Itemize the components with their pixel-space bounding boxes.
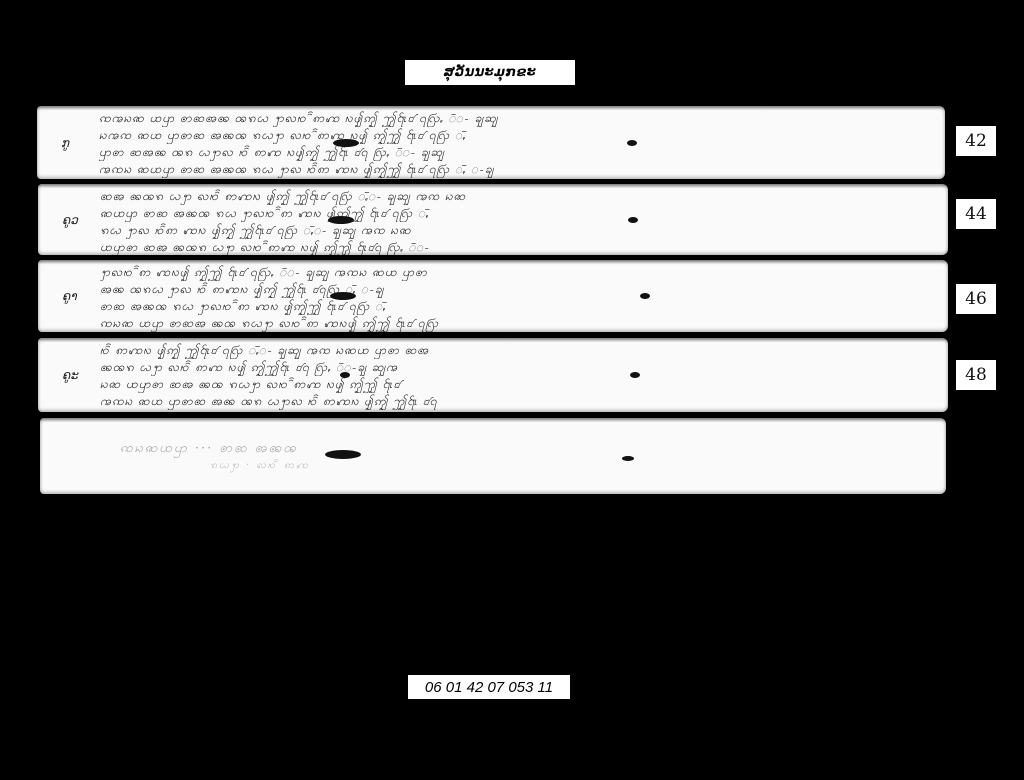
text-line: ꩩꩪꩫ ꩬꩭ ꩮꩯꩰ ꩱꩲ ꩳꩴ ꩵꩶ꩷ ꩸꩹ ꩺꩻ ꩼꩽꩾ ꩿꩠ (100, 359, 934, 376)
folio-mark: ຄູາ (62, 289, 77, 303)
leaf-text: ꩭꩮꩯ ꩰꩱ ꩲꩳꩴ ꩵꩶ ꩷꩸ ꩹ꩺꩻ ꩼꩽ ꩾꩿ ꩠꩡꩢ ꩣꩤ ꩥꩦ ꩨꩩ … (100, 264, 934, 328)
text-line: ꩦꩧ ꩨꩩꩪ ꩫꩬ ꩭꩮꩯ ꩰꩱ ꩲꩳ ꩴꩵꩶ ꩷꩸ ꩹ꩺ ꩻꩼ (100, 298, 934, 315)
folio-mark: ຄູວ (62, 213, 78, 227)
text-line: ꩢꩠꩡ ꩣꩤ ꩥꩦꩧ ꩨꩩꩪ ꩫꩬꩭ ꩮꩯ ꩰꩱꩲ ꩳꩴ ꩵꩶ ꩷꩸ ꩹ꩺ ꩻꩼ (99, 127, 931, 144)
folio-mark: ຄູະ (62, 368, 78, 382)
leaf-text: ꩡꩠꩢꩣ ꩤꩥ ꩦꩧꩨꩩ ꩪꩫꩬ ꩭꩮꩯ ꩰꩱꩲ ꩳꩴꩵ ꩶ꩷꩸ ꩹ꩺꩻ ꩼꩽ … (99, 110, 931, 175)
string-hole (628, 217, 638, 223)
text-line: ꩠꩡꩢ ꩣꩤ ꩥꩦꩧ ꩨꩩ ꩪꩫ ꩬꩭꩮ ꩯꩰ ꩱꩲꩳ ꩴꩵ ꩶ꩷ ꩸꩹ (100, 393, 934, 410)
string-hole (330, 292, 356, 300)
text-line: ꩣꩤꩥ ꩦꩧ ꩨꩩꩪ ꩫꩬ ꩭꩮꩯ ꩰꩱ ꩲꩳ ꩴꩵꩶ ꩷꩸ ꩹ꩺ ꩻꩼ (100, 205, 934, 222)
text-line: ꩫꩬ ꩭꩮ ꩯꩰꩱ ꩲꩳ ꩴꩵ ꩶ꩷꩸ ꩹ꩺ ꩻꩼꩽ ꩾꩿ ꩠꩡ ꩢꩣ (100, 222, 934, 239)
text-line: ꩭꩮꩯ ꩰꩱ ꩲꩳꩴ ꩵꩶ ꩷꩸ ꩹ꩺꩻ ꩼꩽ ꩾꩿ ꩠꩡꩢ ꩣꩤ ꩥꩦ (100, 264, 934, 281)
folio-mark: ກູ (61, 136, 69, 150)
string-hole (340, 372, 350, 378)
text-line: ꩨꩩ ꩪꩫꩬ ꩭꩮ ꩯꩰ ꩱꩲꩳ ꩴꩵ ꩶ꩷ ꩸꩹ꩺ ꩻꩼ ꩽꩾ (100, 281, 934, 298)
faded-inscription: ꩫꩬꩭ · ꩮꩯꩰ ꩱꩲ (210, 458, 310, 473)
text-line: ꩡꩠꩢꩣ ꩤꩥ ꩦꩧꩨꩩ ꩪꩫꩬ ꩭꩮꩯ ꩰꩱꩲ ꩳꩴꩵ ꩶ꩷꩸ ꩹ꩺꩻ ꩼꩽ … (99, 110, 931, 127)
page-number-label: 44 (956, 199, 996, 229)
string-hole (333, 139, 359, 147)
page-number-label: 46 (956, 284, 996, 314)
blank-palm-leaf: ꩡꩢꩣꩤꩥ ··· ꩦꩧ ꩨꩩꩪ ꩫꩬꩭ · ꩮꩯꩰ ꩱꩲ (40, 418, 946, 494)
string-hole (627, 140, 637, 146)
palm-leaf-4: ຄູະ ꩯꩰ ꩱꩲꩳ ꩴꩵ ꩶ꩷꩸ ꩹ꩺ ꩻꩼꩽ ꩾꩿ ꩠꩡ ꩢꩣꩤ ꩥꩦ ꩧꩨ… (38, 338, 948, 412)
string-hole (640, 293, 650, 299)
text-line: ꩥꩦ ꩧꩨꩩ ꩪꩫ ꩬꩭꩮ ꩯꩰ ꩱꩲ ꩳꩴꩵ ꩶ꩷ ꩸꩹ ꩺꩻ ꩼꩽ ꩾꩿ (99, 144, 931, 161)
text-line: ꩯꩰ ꩱꩲꩳ ꩴꩵ ꩶ꩷꩸ ꩹ꩺ ꩻꩼꩽ ꩾꩿ ꩠꩡ ꩢꩣꩤ ꩥꩦ ꩧꩨ (100, 342, 934, 359)
reference-code-label: 06 01 42 07 053 11 (408, 675, 570, 699)
leaf-text: ꩧꩨ ꩩꩪꩫ ꩬꩭ ꩮꩯꩰ ꩱꩲꩳ ꩴꩵ ꩶ꩷꩸ ꩹ꩺ ꩻꩼꩽ ꩾꩿ ꩠꩡ ꩢꩣ… (100, 188, 934, 251)
manuscript-title-label: ສຸວັນນະມຸກຂະ (405, 60, 575, 85)
palm-leaf-1: ກູ ꩡꩠꩢꩣ ꩤꩥ ꩦꩧꩨꩩ ꩪꩫꩬ ꩭꩮꩯ ꩰꩱꩲ ꩳꩴꩵ ꩶ꩷꩸ ꩹ꩺꩻ … (37, 106, 945, 179)
string-hole (328, 216, 354, 224)
text-line: ꩠꩡꩢ ꩣꩤꩥ ꩦꩧ ꩨꩩꩪ ꩫꩬ ꩭꩮ ꩯꩰꩱ ꩲꩳ ꩴꩵꩶ ꩷꩸ ꩹ꩺ ꩻꩼ… (99, 161, 931, 178)
string-hole (630, 372, 640, 378)
palm-leaf-3: ຄູາ ꩭꩮꩯ ꩰꩱ ꩲꩳꩴ ꩵꩶ ꩷꩸ ꩹ꩺꩻ ꩼꩽ ꩾꩿ ꩠꩡꩢ ꩣꩤ ꩥꩦ… (38, 260, 948, 332)
leaf-text: ꩯꩰ ꩱꩲꩳ ꩴꩵ ꩶ꩷꩸ ꩹ꩺ ꩻꩼꩽ ꩾꩿ ꩠꩡ ꩢꩣꩤ ꩥꩦ ꩧꩨ ꩩꩪꩫ… (100, 342, 934, 408)
palm-leaf-2: ຄູວ ꩧꩨ ꩩꩪꩫ ꩬꩭ ꩮꩯꩰ ꩱꩲꩳ ꩴꩵ ꩶ꩷꩸ ꩹ꩺ ꩻꩼꩽ ꩾꩿ ꩠ… (38, 184, 948, 255)
text-line: ꩧꩨ ꩩꩪꩫ ꩬꩭ ꩮꩯꩰ ꩱꩲꩳ ꩴꩵ ꩶ꩷꩸ ꩹ꩺ ꩻꩼꩽ ꩾꩿ ꩠꩡ ꩢꩣ (100, 188, 934, 205)
page-number-label: 42 (956, 126, 996, 156)
text-line: ꩢꩣ ꩤꩥꩦ ꩧꩨ ꩩꩪ ꩫꩬꩭ ꩮꩯ ꩰꩱꩲ ꩳꩴ ꩵꩶ ꩷꩸ (100, 376, 934, 393)
text-line: ꩤꩥꩦ ꩧꩨ ꩩꩪꩫ ꩬꩭ ꩮꩯ ꩰꩱꩲ ꩳꩴ ꩵꩶ ꩷꩸꩹ ꩺꩻ ꩼꩽ (100, 239, 934, 255)
ink-smudge (325, 450, 361, 459)
text-line: ꩡꩢꩣ ꩤꩥ ꩦꩧꩨ ꩩꩪ ꩫꩬꩭ ꩮꩯ ꩰꩱ ꩲꩳꩴ ꩵꩶ ꩷꩸ ꩹ꩺ (100, 315, 934, 332)
page-number-label: 48 (956, 360, 996, 390)
faded-inscription: ꩡꩢꩣꩤꩥ ··· ꩦꩧ ꩨꩩꩪ (120, 440, 298, 459)
ink-smudge (622, 456, 634, 461)
